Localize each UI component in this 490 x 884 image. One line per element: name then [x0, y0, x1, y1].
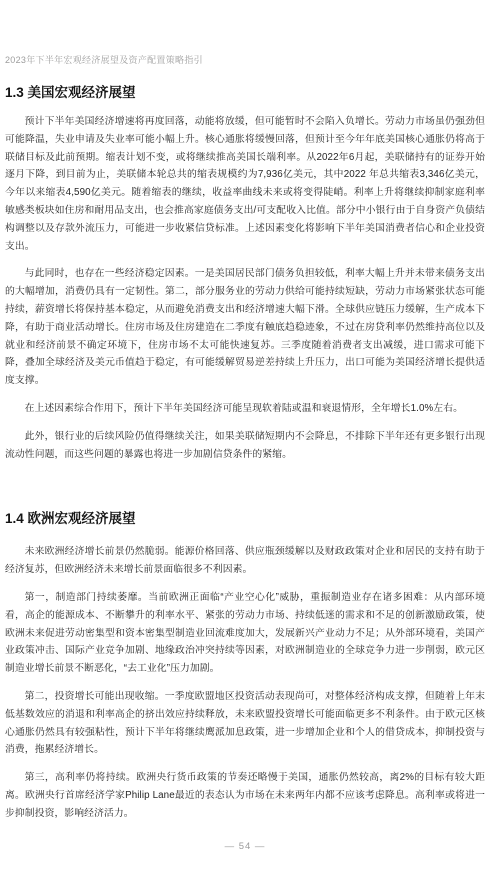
paragraph-eu-4: 第三，高利率仍将持续。欧洲央行货币政策的节奏还略慢于美国，通胀仍然较高，离2%的… — [5, 769, 485, 822]
section-heading-us: 1.3 美国宏观经济展望 — [5, 85, 485, 101]
paragraph-us-3: 在上述因素综合作用下，预计下半年美国经济可能呈现软着陆或温和衰退情形，全年增长1… — [5, 400, 485, 418]
document-page: 2023年下半年宏观经济展望及资产配置策略指引 1.3 美国宏观经济展望 预计下… — [0, 0, 490, 884]
paragraph-eu-1: 未来欧洲经济增长前景仍然脆弱。能源价格回落、供应瓶颈缓解以及财政政策对企业和居民… — [5, 543, 485, 579]
paragraph-eu-3: 第二，投资增长可能出现收缩。一季度欧盟地区投资活动表现尚可，对整体经济构成支撑，… — [5, 688, 485, 759]
paragraph-us-2: 与此同时，也存在一些经济稳定因素。一是美国居民部门债务负担较低，利率大幅上升并未… — [5, 265, 485, 390]
paragraph-us-4: 此外，银行业的后续风险仍值得继续关注，如果美联储短期内不会降息，不排除下半年还有… — [5, 428, 485, 464]
page-number: — 54 — — [5, 841, 485, 853]
document-header-title: 2023年下半年宏观经济展望及资产配置策略指引 — [5, 55, 485, 66]
paragraph-us-1: 预计下半年美国经济增速将再度回落，动能将放缓，但可能暂时不会陷入负增长。劳动力市… — [5, 113, 485, 255]
section-heading-europe: 1.4 欧洲宏观经济展望 — [5, 511, 485, 527]
paragraph-eu-2: 第一，制造部门持续萎靡。当前欧洲正面临“产业空心化”威胁，重振制造业存在诸多困难… — [5, 589, 485, 678]
section-europe-macro-outlook: 1.4 欧洲宏观经济展望 未来欧洲经济增长前景仍然脆弱。能源价格回落、供应瓶颈缓… — [5, 511, 485, 822]
section-us-macro-outlook: 1.3 美国宏观经济展望 预计下半年美国经济增速将再度回落，动能将放缓，但可能暂… — [5, 85, 485, 463]
